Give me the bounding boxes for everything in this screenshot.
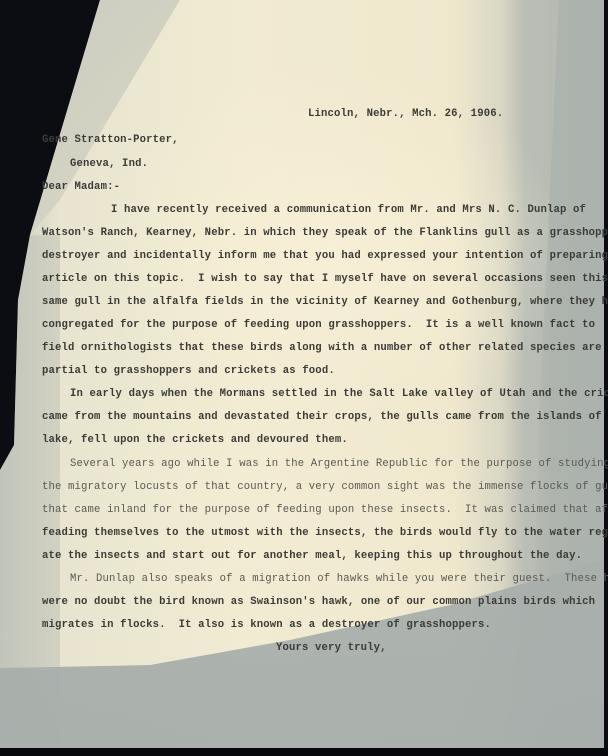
body-line: destroyer and incidentally inform me tha… <box>42 249 608 263</box>
body-line: same gull in the alfalfa fields in the v… <box>42 295 608 309</box>
body-line: that came inland for the purpose of feed… <box>42 503 608 517</box>
body-line: were no doubt the bird known as Swainson… <box>42 595 595 609</box>
body-line: article on this topic. I wish to say tha… <box>42 272 608 286</box>
body-line: lake, fell upon the crickets and devoure… <box>42 433 348 447</box>
recipient-name: Gene Stratton-Porter, <box>42 133 179 147</box>
body-line: Watson's Ranch, Kearney, Nebr. in which … <box>42 226 608 240</box>
body-line: Mr. Dunlap also speaks of a migration of… <box>70 572 608 586</box>
recipient-location: Geneva, Ind. <box>70 157 148 171</box>
body-line: field ornithologists that these birds al… <box>42 341 608 355</box>
body-line: congregated for the purpose of feeding u… <box>42 318 595 332</box>
body-line: In early days when the Mormans settled i… <box>70 387 608 401</box>
letter-text: Lincoln, Nebr., Mch. 26, 1906. Gene Stra… <box>0 0 608 756</box>
body-line: feading themselves to the utmost with th… <box>42 526 608 540</box>
closing: Yours very truly, <box>276 641 387 655</box>
scanned-letter: Lincoln, Nebr., Mch. 26, 1906. Gene Stra… <box>0 0 608 756</box>
body-line: the migratory locusts of that country, a… <box>42 480 608 494</box>
body-line: partial to grasshoppers and crickets as … <box>42 364 335 378</box>
body-line: ate the insects and start out for anothe… <box>42 549 582 563</box>
body-line: migrates in flocks. It also is known as … <box>42 618 491 632</box>
salutation: Dear Madam:- <box>42 180 120 194</box>
body-line: Several years ago while I was in the Arg… <box>70 457 608 471</box>
body-line: came from the mountains and devastated t… <box>42 410 608 424</box>
dateline: Lincoln, Nebr., Mch. 26, 1906. <box>308 107 503 121</box>
body-line: I have recently received a communication… <box>111 203 586 217</box>
